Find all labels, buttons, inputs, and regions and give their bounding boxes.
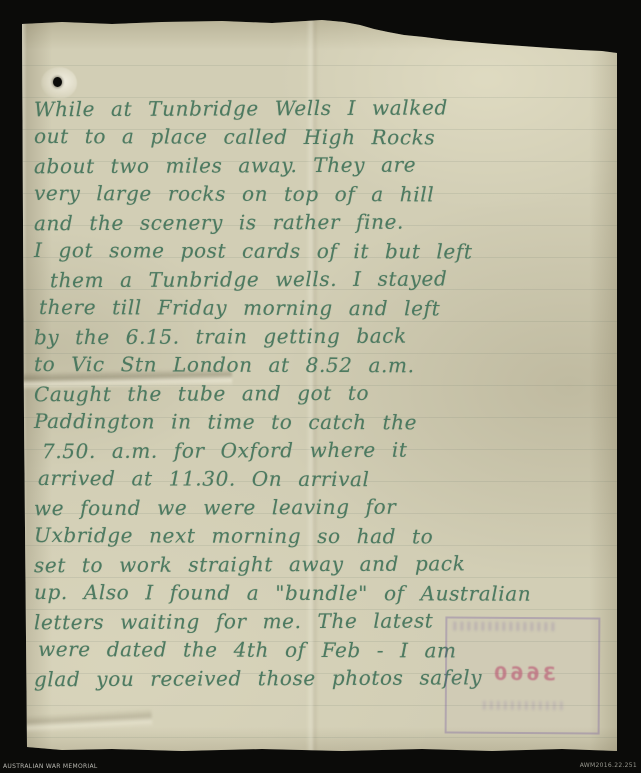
letter-line: by the 6.15. train getting back	[34, 323, 609, 354]
scan-background: While at Tunbridge Wells I walked out to…	[0, 0, 641, 773]
letter-line: very large rocks on top of a hill	[34, 180, 609, 211]
stamp-illegible-text-bottom	[483, 701, 564, 711]
letter-line: arrived at 11.30. On arrival	[38, 466, 609, 496]
punch-hole	[53, 77, 62, 87]
letter-line: set to work straight away and pack	[34, 551, 609, 582]
letter-line: Uxbridge next morning so had to	[34, 522, 609, 553]
stamp-number: 3660	[491, 663, 556, 685]
letter-line: I got some post cards of it but left	[34, 237, 609, 268]
letter-line: While at Tunbridge Wells I walked	[34, 95, 609, 126]
archive-watermark: AUSTRALIAN WAR MEMORIAL	[3, 763, 98, 770]
letter-line: Paddington in time to catch the	[34, 408, 609, 439]
paper-crease-bottom-left	[22, 709, 153, 734]
letter-line: out to a place called High Rocks	[34, 123, 609, 154]
letter-line: 7.50. a.m. for Oxford where it	[42, 437, 609, 468]
letter-page: While at Tunbridge Wells I walked out to…	[22, 20, 617, 753]
archive-id: AWM2016.22.251	[580, 762, 637, 769]
letter-line: there till Friday morning and left	[39, 295, 609, 325]
letter-line: about two miles away. They are	[34, 152, 609, 183]
letter-line: and the scenery is rather fine.	[34, 209, 609, 240]
handwritten-text: While at Tunbridge Wells I walked out to…	[34, 96, 609, 695]
letter-line: up. Also I found a "bundle" of Australia…	[34, 579, 609, 610]
letter-line: to Vic Stn London at 8.52 a.m.	[34, 351, 609, 382]
stamp-bleedthrough: 3660	[445, 616, 601, 734]
letter-line: them a Tunbridge wells. I stayed	[50, 266, 609, 297]
letter-line: we found we were leaving for	[34, 494, 609, 525]
letter-line: Caught the tube and got to	[34, 380, 609, 411]
stamp-illegible-text-top	[453, 622, 554, 632]
